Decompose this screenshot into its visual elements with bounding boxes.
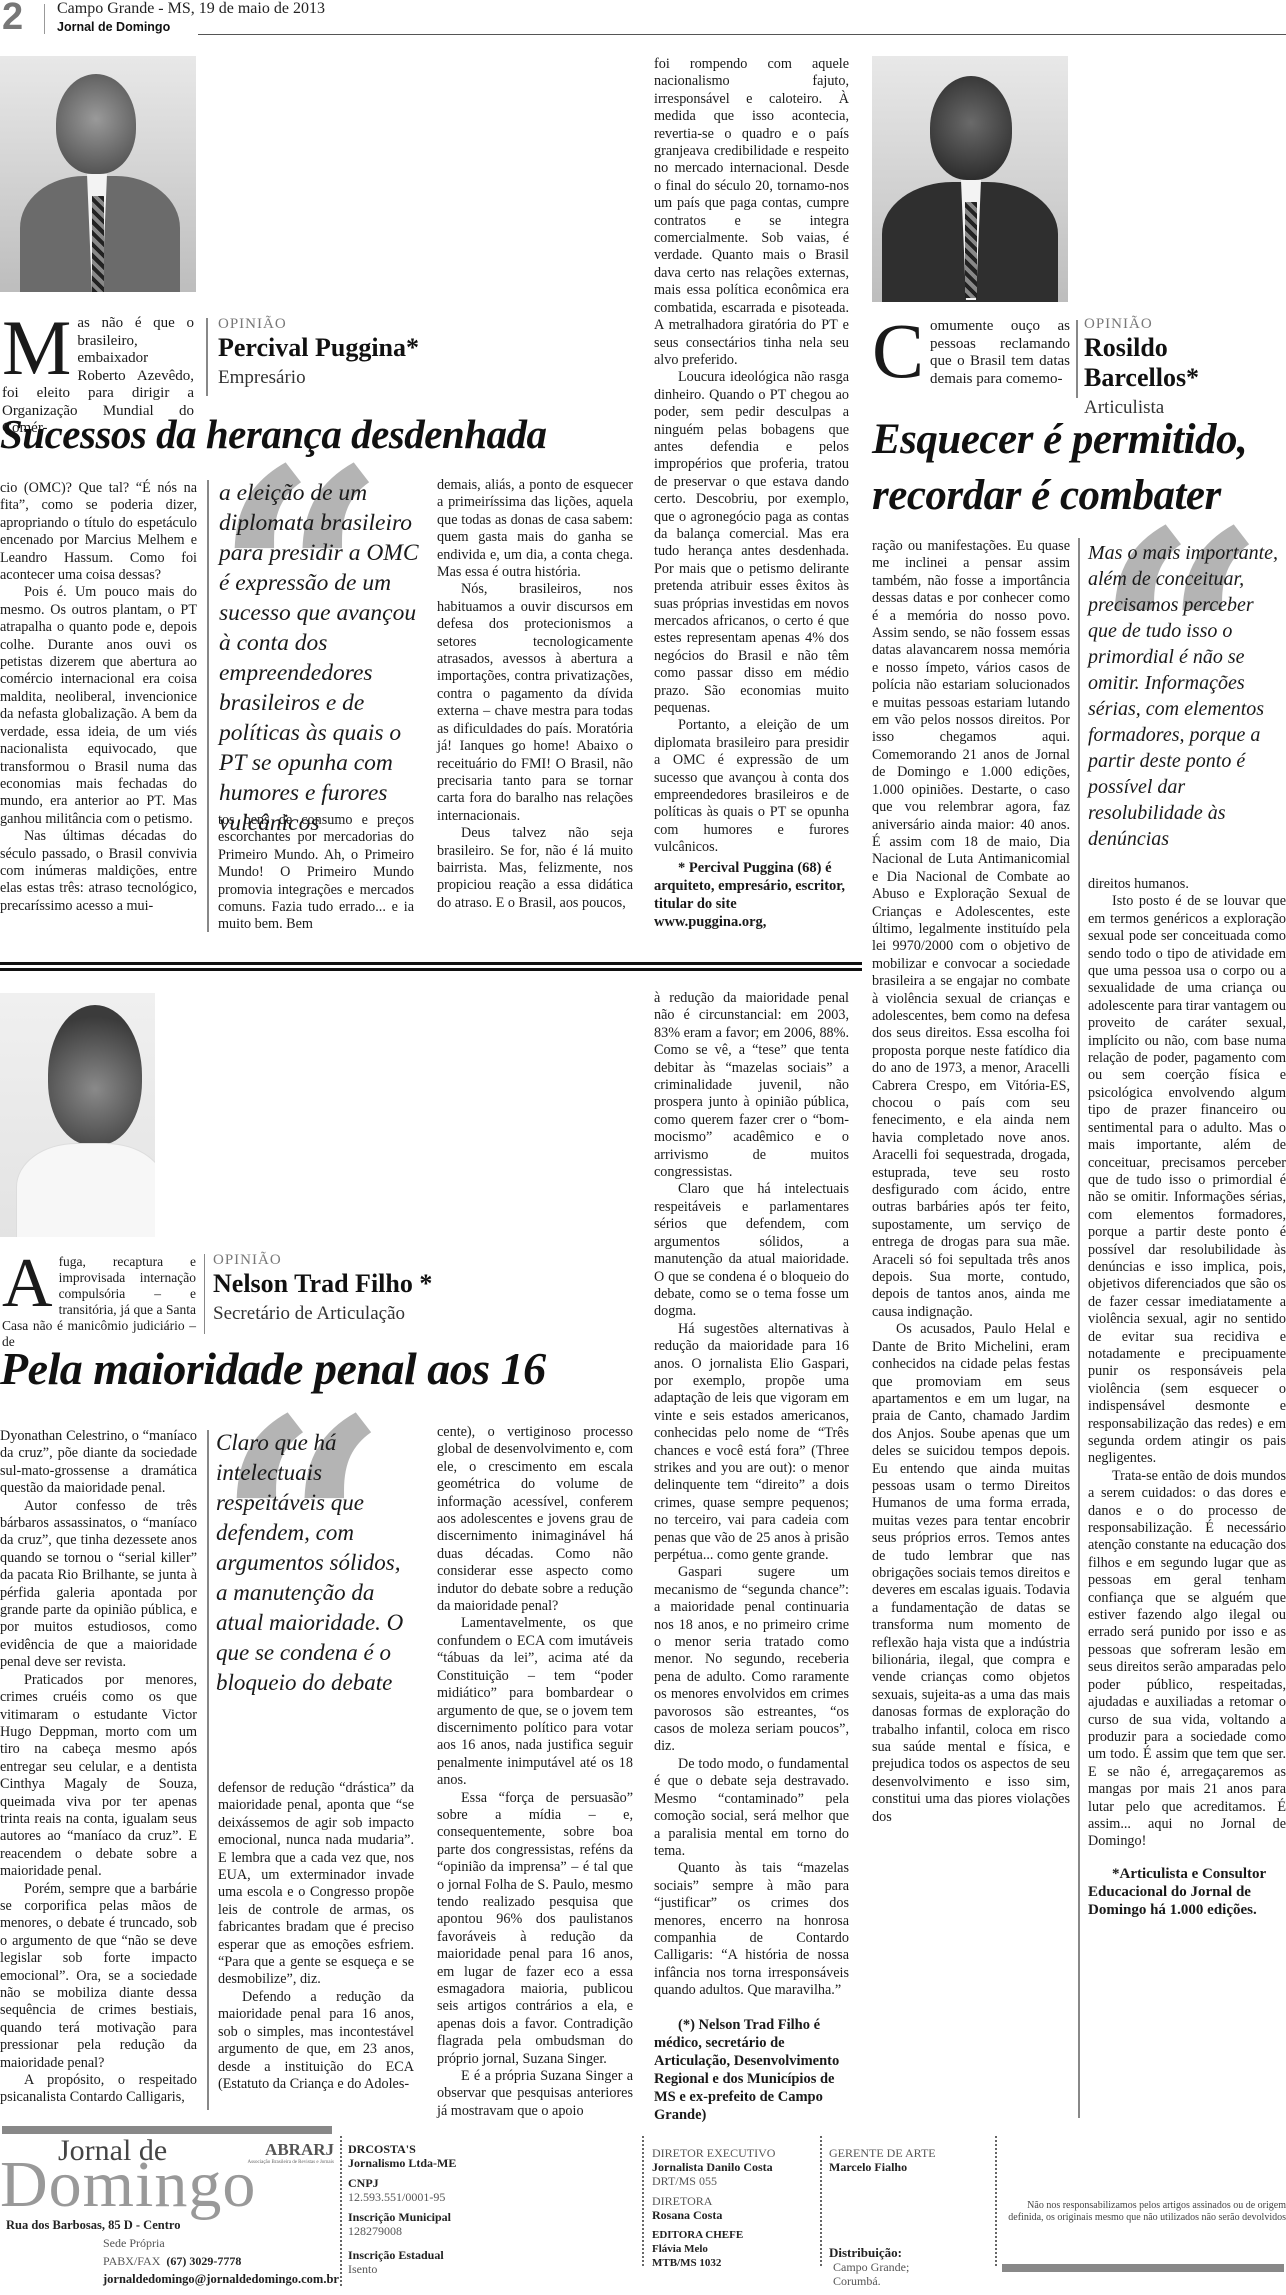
- article2-intro: Comumente ouço as pessoas reclamando que…: [872, 318, 1070, 388]
- author-photo-trad: [0, 993, 155, 1237]
- footer-bar: [2, 2126, 332, 2134]
- author-role: Empresário: [218, 367, 419, 389]
- header-divider: [44, 4, 45, 34]
- footer-bar-right: [1002, 2264, 1284, 2272]
- article1-pullquote: “ a eleição de um diplomata brasileiro p…: [214, 478, 419, 788]
- section-kicker: OPINIÃO: [218, 316, 419, 333]
- byline-divider: [206, 318, 208, 396]
- abrarj-logo: ABRARJ Associação Brasileira de Revistas…: [218, 2140, 334, 2165]
- article2-col1: ração ou manifestações. Eu quase me incl…: [872, 538, 1070, 1826]
- section-divider: [0, 962, 862, 965]
- distribution-info: Distribuição: Campo Grande; Corumbá.: [829, 2246, 999, 2288]
- company-info: DRCOSTA'S Jornalismo Ltda-ME CNPJ 12.593…: [348, 2142, 528, 2276]
- article1-col2-tail: tos bens de consumo e preços escorchante…: [218, 812, 414, 934]
- footer-dotted-rule: [820, 2136, 822, 2266]
- article3-col1: Dyonathan Celestrino, o “maníaco da cruz…: [0, 1428, 197, 2107]
- staff-info: DIRETOR EXECUTIVO Jornalista Danilo Cost…: [652, 2146, 822, 2270]
- address: Rua dos Barbosas, 85 D - Centro: [6, 2218, 180, 2232]
- sede: Sede Própria: [103, 2236, 165, 2250]
- article3-byline: OPINIÃO Nelson Trad Filho * Secretário d…: [213, 1252, 432, 1325]
- author-role: Secretário de Articulação: [213, 1303, 432, 1325]
- disclaimer: Não nos responsabilizamos pelos artigos …: [1004, 2200, 1286, 2224]
- dateline: Campo Grande - MS, 19 de maio de 2013: [57, 0, 325, 18]
- author-name: Nelson Trad Filho *: [213, 1269, 432, 1299]
- author-bio: *Articulista e Consultor Educacional do …: [1088, 1865, 1286, 1919]
- author-name: Percival Puggina*: [218, 333, 419, 363]
- article2-col2: direitos humanos. Isto posto é de se lou…: [1088, 876, 1286, 1919]
- phone-number: (67) 3029-7778: [166, 2254, 241, 2268]
- publication-name: Jornal de Domingo: [57, 20, 170, 34]
- author-name: Rosildo Barcellos*: [1084, 333, 1286, 393]
- section-kicker: OPINIÃO: [1084, 316, 1286, 333]
- article3-col4: à redução da maioridade penal não é circ…: [654, 990, 849, 2124]
- section-divider: [0, 968, 862, 971]
- author-photo-puggina: [0, 56, 196, 292]
- byline-divider: [1076, 320, 1078, 398]
- article1-byline: OPINIÃO Percival Puggina* Empresário: [218, 316, 419, 389]
- author-bio: * Percival Puggina (68) é arquiteto, emp…: [654, 859, 849, 931]
- footer-dotted-rule: [340, 2136, 342, 2286]
- page-header: 2 Campo Grande - MS, 19 de maio de 2013 …: [0, 0, 1286, 40]
- author-bio: (*) Nelson Trad Filho é médico, secretár…: [654, 2016, 849, 2124]
- masthead-logo: Jornal de Domingo ABRARJ Associação Bras…: [0, 2134, 335, 2224]
- article3-col2-tail: defensor de redução “drástica” da maiori…: [218, 1780, 414, 2093]
- article1-col1: cio (OMC)? Que tal? “É nós na fita”, com…: [0, 480, 197, 915]
- page-number: 2: [2, 0, 23, 39]
- author-photo-barcellos: [872, 56, 1068, 302]
- section-kicker: OPINIÃO: [213, 1252, 432, 1269]
- phone-row: PABX/FAX (67) 3029-7778: [103, 2254, 241, 2268]
- byline-divider: [204, 1254, 205, 1334]
- article3-col3: cente), o vertiginoso processo global de…: [437, 1424, 633, 2120]
- header-rule: [198, 34, 1286, 35]
- article3-intro: Afuga, recaptura e improvisada internaçã…: [2, 1254, 196, 1350]
- column-rule: [1078, 538, 1080, 2118]
- column-rule: [207, 480, 209, 932]
- footer-dotted-rule: [642, 2136, 644, 2266]
- article2-pullquote: “ Mas o mais importante, além de conceit…: [1088, 540, 1286, 840]
- footer-dotted-rule: [995, 2136, 997, 2266]
- art-info: GERENTE DE ARTE Marcelo Fialho: [829, 2146, 999, 2174]
- article3-pullquote: “ Claro que há intelectuais respeitáveis…: [216, 1428, 416, 1728]
- column-rule: [207, 1430, 209, 2110]
- article1-col4: foi rompendo com aquele nacionalismo faj…: [654, 56, 849, 931]
- article1-col3: demais, aliás, a ponto de esquecer a pri…: [437, 477, 633, 912]
- article2-byline: OPINIÃO Rosildo Barcellos* Articulista: [1084, 316, 1286, 419]
- email-link[interactable]: jornaldedomingo@jornaldedomingo.com.br: [103, 2272, 339, 2286]
